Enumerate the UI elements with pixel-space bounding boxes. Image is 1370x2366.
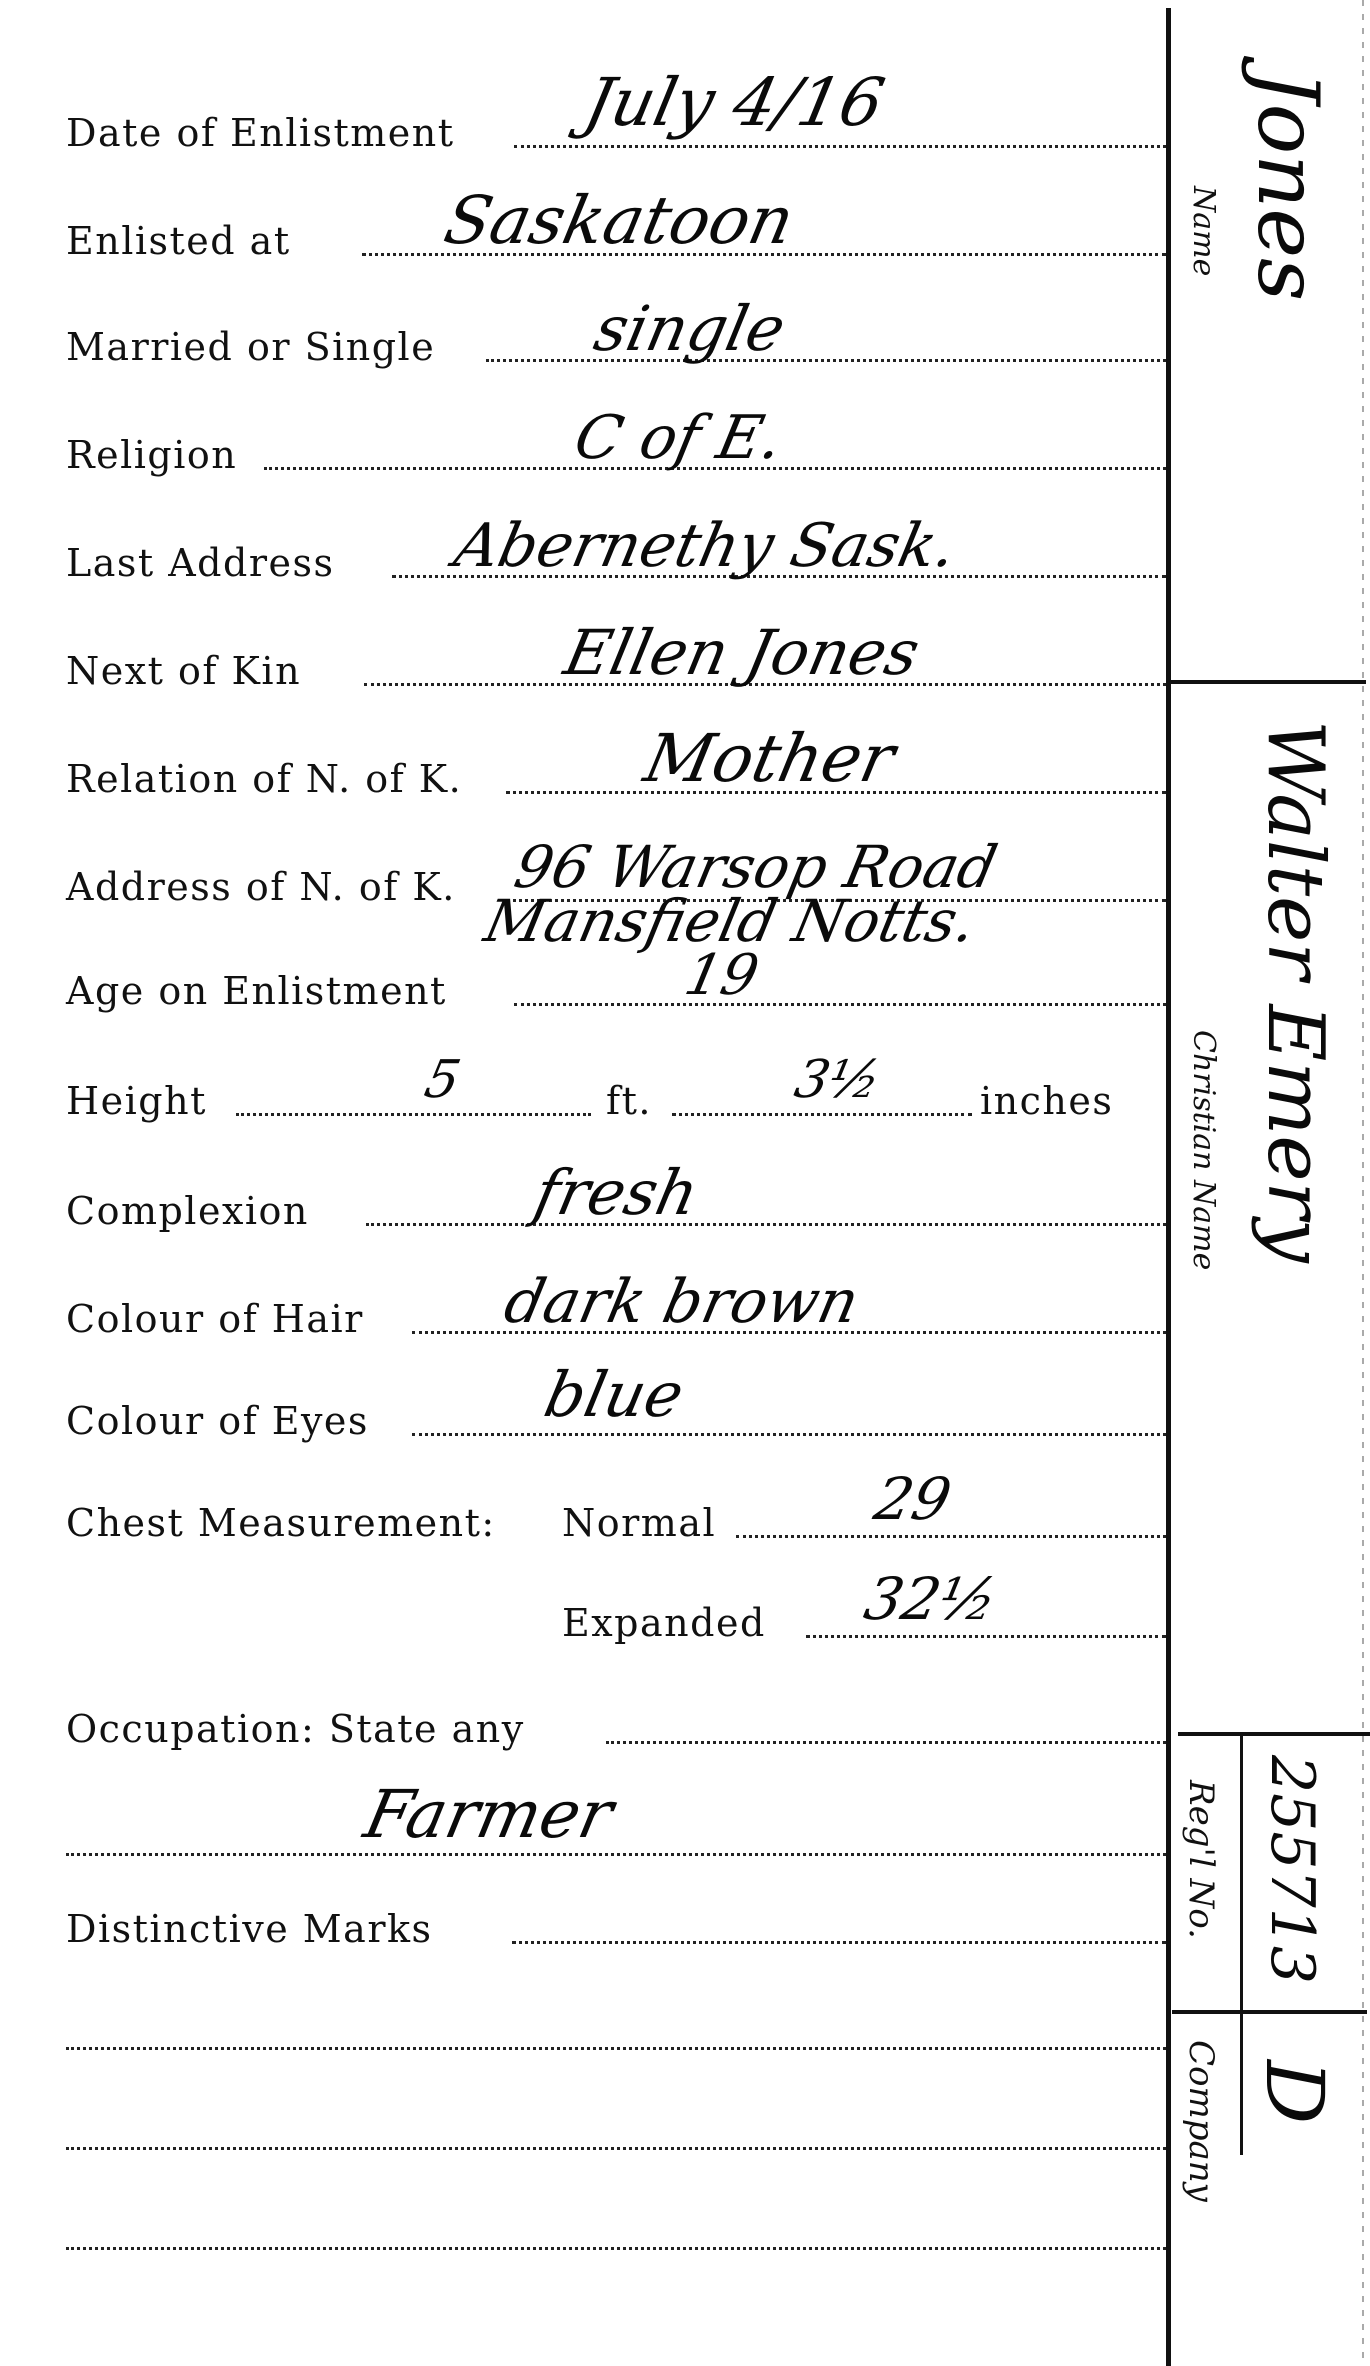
expanded-sublabel: Expanded [562,1604,766,1642]
dotted-line [606,1741,1166,1744]
field-label: Date of Enlistment [66,114,455,152]
dotted-line [736,1535,1166,1538]
field-label: Religion [66,436,237,474]
field-label: Age on Enlistment [66,972,447,1010]
sidebar-divider [1171,680,1366,684]
dotted-line [66,2047,1166,2050]
dotted-line [66,2147,1166,2150]
field-date-of-enlistment: Date of Enlistment July 4/16 [66,92,1166,152]
field-label: Occupation: State any [66,1710,525,1748]
field-value: 32½ [860,1570,1002,1628]
field-value: blue [539,1364,688,1426]
dotted-line [66,2247,1166,2250]
column-divider [1166,8,1171,2366]
field-label: Address of N. of K. [66,868,456,906]
dotted-line [806,1635,1166,1638]
field-colour-of-hair: Colour of Hair dark brown [66,1278,1166,1338]
sidebar-regt-no-label: Reg'l No. [1184,1780,1218,1939]
field-label: Height [66,1082,207,1120]
dotted-line [514,1003,1166,1006]
field-value: fresh [529,1162,703,1224]
inches-unit-label: inches [980,1082,1113,1120]
field-label: Relation of N. of K. [66,760,462,798]
height-inches-value: 3½ [790,1054,885,1106]
field-complexion: Complexion fresh [66,1170,1166,1230]
sidebar-divider [1178,1732,1370,1736]
field-religion: Religion C of E. [66,414,1166,474]
field-chest-normal: Chest Measurement: Normal 29 [66,1482,1166,1542]
dotted-line [512,1941,1166,1944]
sidebar-company-value: D [1254,2060,1334,2124]
sidebar-inner-divider [1240,1735,1243,2155]
field-label: Last Address [66,544,335,582]
enlistment-record-card: Date of Enlistment July 4/16 Enlisted at… [0,0,1370,2366]
field-value: Ellen Jones [559,622,924,684]
dotted-line [66,1853,1166,1856]
field-relation-of-next-of-kin: Relation of N. of K. Mother [66,738,1166,798]
field-value: Saskatoon [439,188,799,254]
field-label: Distinctive Marks [66,1910,433,1948]
height-feet-value: 5 [420,1054,464,1106]
field-age-on-enlistment: Age on Enlistment 19 [66,950,1166,1010]
field-label: Enlisted at [66,222,291,260]
field-occupation: Occupation: State any [66,1688,1166,1748]
field-value: 19 [680,948,763,1004]
field-label: Chest Measurement: [66,1504,496,1542]
field-height: Height 5 ft. 3½ inches [66,1060,1166,1120]
dotted-line-feet [236,1113,591,1116]
field-value: July 4/16 [579,70,890,136]
field-label: Next of Kin [66,652,301,690]
dotted-line [412,1433,1166,1436]
field-chest-expanded: Expanded 32½ [66,1582,1166,1642]
dotted-line-inches [672,1113,972,1116]
field-label: Complexion [66,1192,309,1230]
field-value: Mother [639,726,900,792]
dotted-line [514,145,1166,148]
field-distinctive-marks: Distinctive Marks [66,1888,1166,1948]
sidebar-christian-name-value: Walter Emery [1256,720,1334,1263]
sidebar-regt-no-value: 255713 [1262,1755,1322,1984]
field-address-of-next-of-kin: Address of N. of K. 96 Warsop Road Mansf… [66,846,1166,906]
field-label: Married or Single [66,328,435,366]
field-value: Abernethy Sask. [450,516,962,576]
sidebar-company-label: Company [1184,2040,1218,2202]
normal-sublabel: Normal [562,1504,716,1542]
blank-line [66,2094,1166,2154]
field-value: dark brown [500,1272,864,1332]
field-value: 29 [870,1470,956,1528]
sidebar-christian-name-label: Christian Name [1188,1030,1218,1270]
field-value-line-2: Mansfield Notts. [480,892,981,950]
blank-line [66,1994,1166,2054]
field-value: Farmer [359,1782,618,1848]
field-last-address: Last Address Abernethy Sask. [66,522,1166,582]
field-next-of-kin: Next of Kin Ellen Jones [66,630,1166,690]
sidebar-divider [1172,2010,1367,2014]
field-enlisted-at: Enlisted at Saskatoon [66,200,1166,260]
field-colour-of-eyes: Colour of Eyes blue [66,1380,1166,1440]
blank-line [66,2194,1166,2254]
sidebar-name-label: Name [1188,186,1218,276]
dotted-line [366,1223,1166,1226]
sidebar-name-value: Jones [1246,70,1330,301]
feet-unit-label: ft. [606,1082,652,1120]
field-value: C of E. [570,408,788,468]
field-label: Colour of Hair [66,1300,364,1338]
field-value: single [589,298,790,360]
field-occupation-line-2: Farmer [66,1800,1166,1860]
field-label: Colour of Eyes [66,1402,369,1440]
field-married-or-single: Married or Single single [66,306,1166,366]
